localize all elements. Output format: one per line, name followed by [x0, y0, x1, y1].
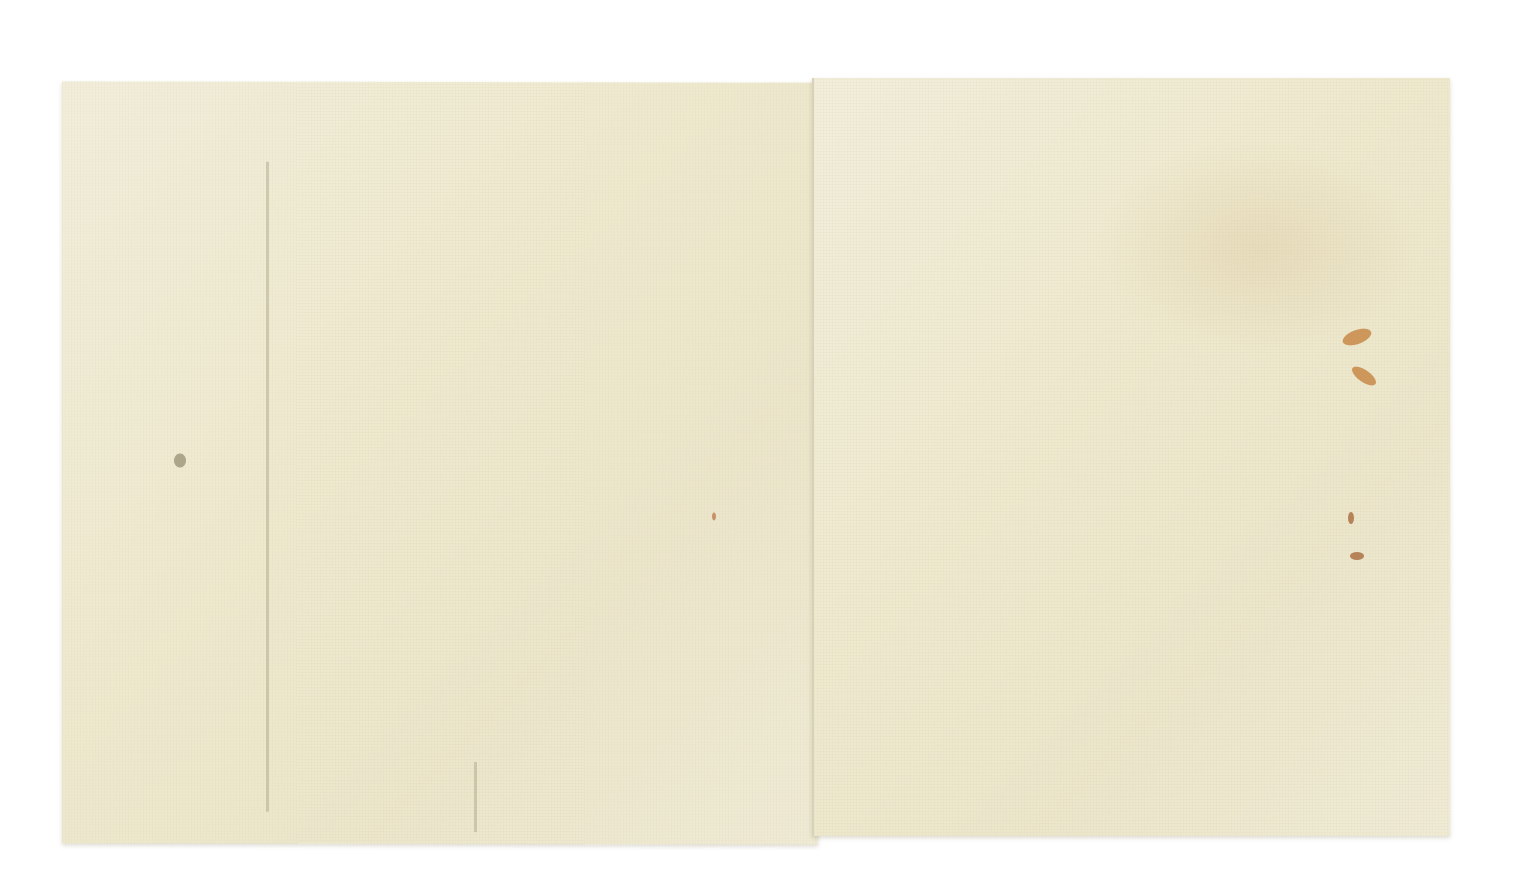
- rust-stain: [712, 512, 716, 520]
- fabric-right-panel: [812, 78, 1450, 836]
- fold-line: [474, 762, 477, 832]
- water-stain: [1094, 138, 1424, 358]
- fold-line: [266, 162, 269, 812]
- rust-stain: [1350, 552, 1364, 560]
- fabric-armband: [62, 78, 1450, 848]
- soil-mark: [174, 454, 186, 468]
- rust-stain: [1348, 512, 1354, 524]
- fabric-left-panel: [62, 81, 818, 844]
